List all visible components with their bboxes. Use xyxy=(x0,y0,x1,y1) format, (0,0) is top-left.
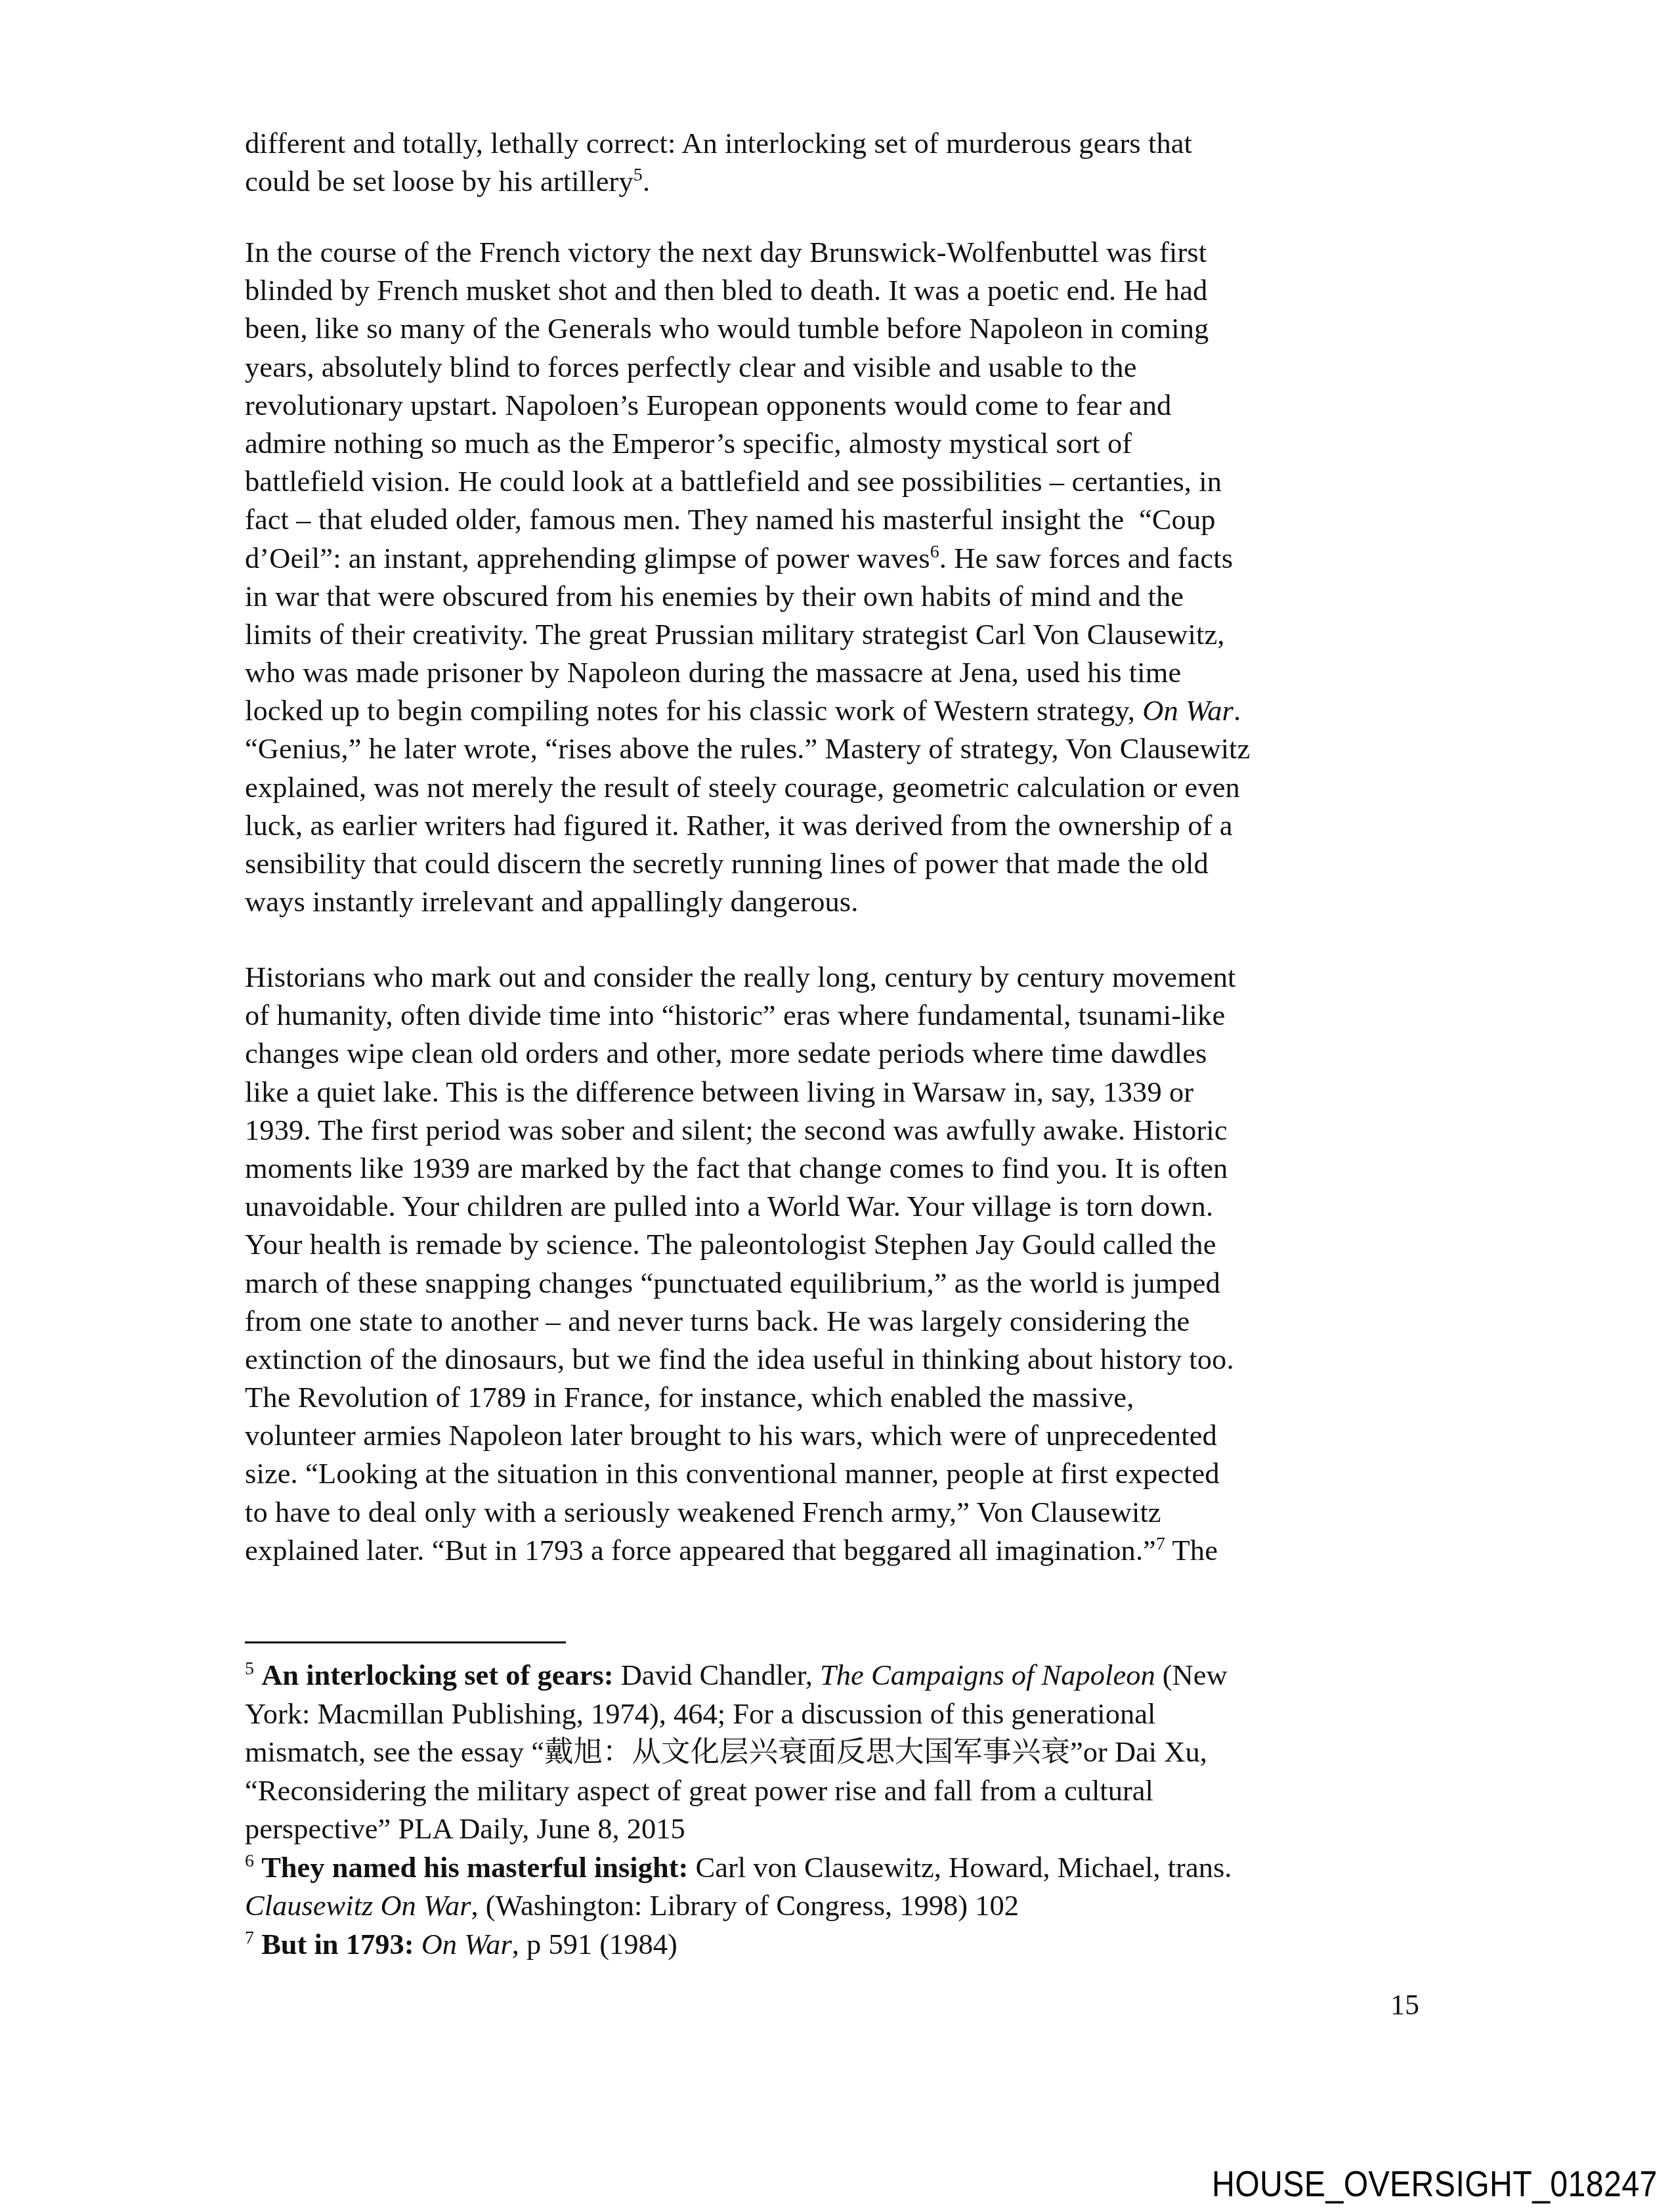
text-line: from one state to another – and never tu… xyxy=(245,1302,1446,1340)
footnote-line: Clausewitz On War, (Washington: Library … xyxy=(245,1886,1446,1925)
footnote-separator xyxy=(245,1641,566,1643)
text-line: locked up to begin compiling notes for h… xyxy=(245,691,1446,729)
footnote-ref-5[interactable]: 5 xyxy=(633,165,643,185)
text-line: years, absolutely blind to forces perfec… xyxy=(245,348,1446,386)
paragraph-3: Historians who mark out and consider the… xyxy=(245,958,1446,1569)
paragraph-1: different and totally, lethally correct:… xyxy=(245,124,1446,200)
text-line: volunteer armies Napoleon later brought … xyxy=(245,1416,1446,1454)
footnote-ref-6[interactable]: 6 xyxy=(930,542,939,562)
footnote-6: 6 They named his masterful insight: Carl… xyxy=(245,1848,1446,1887)
text-line: of humanity, often divide time into “his… xyxy=(245,996,1446,1034)
text-line: like a quiet lake. This is the differenc… xyxy=(245,1073,1446,1111)
text-line: admire nothing so much as the Emperor’s … xyxy=(245,424,1446,462)
footnote-line: York: Macmillan Publishing, 1974), 464; … xyxy=(245,1695,1446,1733)
text-line: different and totally, lethally correct:… xyxy=(245,124,1446,162)
text-line: who was made prisoner by Napoleon during… xyxy=(245,653,1446,691)
page-number: 15 xyxy=(1390,1988,1419,2022)
text-line: The Revolution of 1789 in France, for in… xyxy=(245,1378,1446,1416)
text-line: explained later. “But in 1793 a force ap… xyxy=(245,1531,1446,1569)
footnote-line: mismatch, see the essay “戴旭：从文化层兴衰面反思大国军… xyxy=(245,1733,1446,1771)
text-line: 1939. The first period was sober and sil… xyxy=(245,1111,1446,1149)
footnote-ref-7[interactable]: 7 xyxy=(1156,1534,1165,1554)
text-line: luck, as earlier writers had figured it.… xyxy=(245,806,1446,844)
bates-stamp: HOUSE_OVERSIGHT_018247 xyxy=(1212,2162,1658,2205)
text-line: “Genius,” he later wrote, “rises above t… xyxy=(245,729,1446,768)
text-line: unavoidable. Your children are pulled in… xyxy=(245,1187,1446,1225)
footnote-5: 5 An interlocking set of gears: David Ch… xyxy=(245,1656,1446,1695)
text-line: d’Oeil”: an instant, apprehending glimps… xyxy=(245,539,1446,577)
text-line: extinction of the dinosaurs, but we find… xyxy=(245,1340,1446,1378)
footnotes: 5 An interlocking set of gears: David Ch… xyxy=(245,1656,1446,1963)
text-line: limits of their creativity. The great Pr… xyxy=(245,615,1446,653)
text-line: fact – that eluded older, famous men. Th… xyxy=(245,500,1446,538)
text-line: Your health is remade by science. The pa… xyxy=(245,1225,1446,1263)
text-line: in war that were obscured from his enemi… xyxy=(245,577,1446,615)
text-line: sensibility that could discern the secre… xyxy=(245,844,1446,882)
text-line: explained, was not merely the result of … xyxy=(245,768,1446,806)
text-line: ways instantly irrelevant and appallingl… xyxy=(245,882,1446,921)
text-line: size. “Looking at the situation in this … xyxy=(245,1454,1446,1492)
book-title-on-war: On War xyxy=(1142,694,1234,727)
text-line: In the course of the French victory the … xyxy=(245,233,1446,271)
text-line: march of these snapping changes “punctua… xyxy=(245,1264,1446,1302)
text-line: revolutionary upstart. Napoloen’s Europe… xyxy=(245,386,1446,424)
text-line: changes wipe clean old orders and other,… xyxy=(245,1034,1446,1072)
footnote-line: “Reconsidering the military aspect of gr… xyxy=(245,1771,1446,1810)
text-line: Historians who mark out and consider the… xyxy=(245,958,1446,996)
paragraph-2: In the course of the French victory the … xyxy=(245,233,1446,921)
text-line: to have to deal only with a seriously we… xyxy=(245,1493,1446,1531)
text-line: been, like so many of the Generals who w… xyxy=(245,309,1446,347)
document-page: different and totally, lethally correct:… xyxy=(0,0,1674,2212)
text-line: battlefield vision. He could look at a b… xyxy=(245,462,1446,500)
text-line: could be set loose by his artillery5. xyxy=(245,162,1446,200)
footnote-line: perspective” PLA Daily, June 8, 2015 xyxy=(245,1810,1446,1848)
text-line: blinded by French musket shot and then b… xyxy=(245,271,1446,309)
footnote-7: 7 But in 1793: On War, p 591 (1984) xyxy=(245,1925,1446,1964)
text-line: moments like 1939 are marked by the fact… xyxy=(245,1149,1446,1187)
